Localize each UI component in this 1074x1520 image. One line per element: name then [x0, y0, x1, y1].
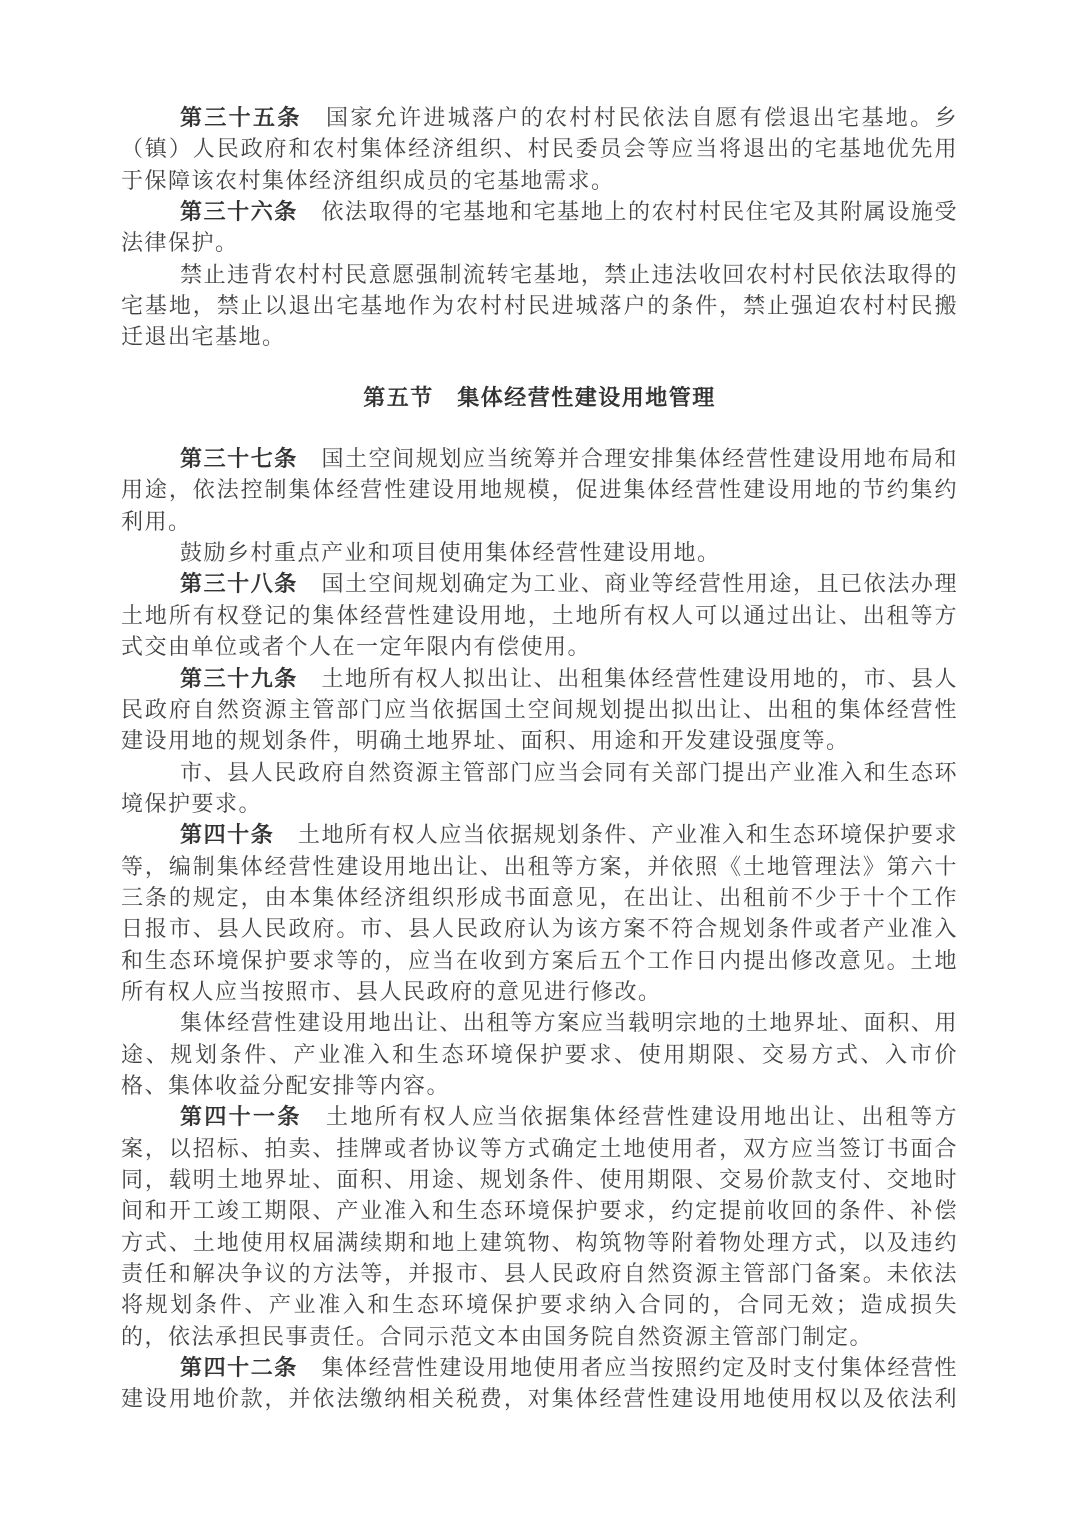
article-37-number: 第三十七条 [180, 446, 321, 471]
article-38-paragraph: 第三十八条 国土空间规划确定为工业、商业等经营性用途，且已依法办理土地所有权登记… [121, 568, 958, 662]
article-36-prohibition-paragraph: 禁止违背农村村民意愿强制流转宅基地，禁止违法收回农村村民依法取得的宅基地，禁止以… [121, 259, 958, 353]
document-page: 第三十五条 国家允许进城落户的农村村民依法自愿有偿退出宅基地。乡（镇）人民政府和… [0, 0, 1074, 1520]
article-39-second-paragraph: 市、县人民政府自然资源主管部门应当会同有关部门提出产业准入和生态环境保护要求。 [121, 757, 958, 820]
article-42-paragraph: 第四十二条 集体经营性建设用地使用者应当按照约定及时支付集体经营性建设用地价款，… [121, 1352, 958, 1415]
article-41-number: 第四十一条 [180, 1104, 326, 1129]
article-40-text: 土地所有权人应当依据规划条件、产业准入和生态环境保护要求等，编制集体经营性建设用… [121, 822, 958, 1004]
article-41-text: 土地所有权人应当依据集体经营性建设用地出让、出租等方案，以招标、拍卖、挂牌或者协… [121, 1104, 958, 1348]
article-36-paragraph: 第三十六条 依法取得的宅基地和宅基地上的农村村民住宅及其附属设施受法律保护。 [121, 196, 958, 259]
article-37-encourage-paragraph: 鼓励乡村重点产业和项目使用集体经营性建设用地。 [121, 537, 958, 568]
article-36-number: 第三十六条 [180, 199, 321, 224]
article-40-number: 第四十条 [180, 822, 298, 847]
article-39-number: 第三十九条 [180, 666, 321, 691]
article-38-number: 第三十八条 [180, 571, 321, 596]
article-40-paragraph: 第四十条 土地所有权人应当依据规划条件、产业准入和生态环境保护要求等，编制集体经… [121, 819, 958, 1007]
article-37-paragraph: 第三十七条 国土空间规划应当统筹并合理安排集体经营性建设用地布局和用途，依法控制… [121, 443, 958, 537]
article-35-number: 第三十五条 [180, 105, 326, 130]
article-35-paragraph: 第三十五条 国家允许进城落户的农村村民依法自愿有偿退出宅基地。乡（镇）人民政府和… [121, 102, 958, 196]
article-39-paragraph: 第三十九条 土地所有权人拟出让、出租集体经营性建设用地的，市、县人民政府自然资源… [121, 663, 958, 757]
article-41-paragraph: 第四十一条 土地所有权人应当依据集体经营性建设用地出让、出租等方案，以招标、拍卖… [121, 1101, 958, 1352]
section-heading: 第五节 集体经营性建设用地管理 [121, 382, 958, 413]
article-40-second-paragraph: 集体经营性建设用地出让、出租等方案应当载明宗地的土地界址、面积、用途、规划条件、… [121, 1007, 958, 1101]
article-42-number: 第四十二条 [180, 1355, 321, 1380]
